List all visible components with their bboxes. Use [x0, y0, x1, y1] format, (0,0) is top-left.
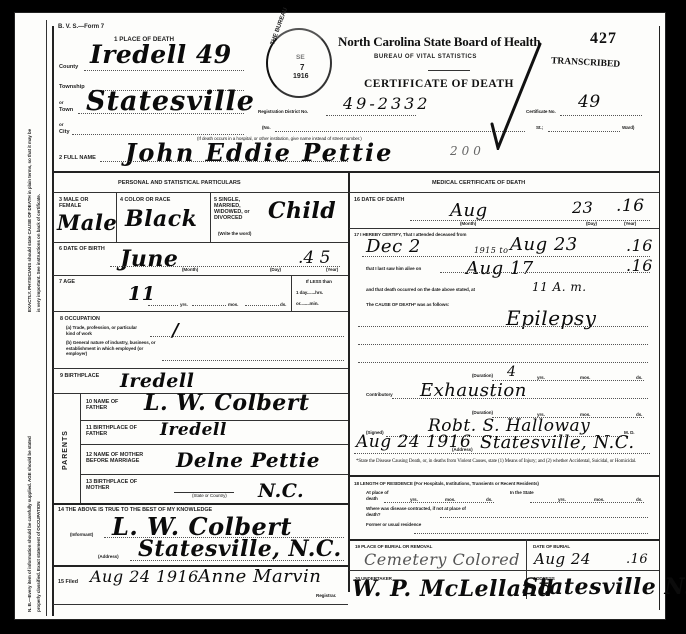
medical-address-label: (Address) — [452, 447, 473, 452]
residence-in-state: In the State — [510, 490, 534, 496]
or-label-1: or — [59, 100, 63, 105]
father-birthplace-label: 11 BIRTHPLACE OF FATHER — [86, 425, 146, 437]
city-underline — [72, 134, 244, 135]
former-residence-underline — [414, 533, 648, 534]
occupation-b-underline — [162, 360, 344, 361]
parents-bottom-divider — [53, 503, 348, 505]
burial-row-divider — [349, 570, 659, 571]
registration-district-value: 49-2332 — [343, 94, 430, 113]
burial-date-label: DATE OF BURIAL — [533, 544, 570, 549]
date-of-death-label: 16 DATE OF DEATH — [354, 197, 404, 203]
age-ds: ds. — [280, 302, 286, 307]
residence-state-mos: mos. — [594, 497, 604, 502]
sex-label: 3 MALE OR FEMALE — [59, 197, 109, 209]
registration-underline — [326, 115, 416, 116]
last-saw-underline — [440, 272, 650, 273]
county-value: Iredell 49 — [90, 40, 232, 69]
registrar-value: Anne Marvin — [198, 566, 321, 587]
filed-label: 15 Filed — [58, 579, 78, 585]
mother-birthplace-value: N.C. — [258, 480, 304, 502]
full-name-annotation: 200 — [450, 144, 485, 158]
race-label: 4 COLOR OR RACE — [120, 197, 170, 203]
medical-address-value: Statesville, N.C. — [480, 432, 635, 453]
row-divider-2 — [53, 275, 348, 276]
certificate-number-value: 49 — [578, 92, 601, 112]
medical-bottom-divider — [349, 475, 659, 477]
date-of-death-underline — [410, 220, 650, 221]
dob-day-caption: (Day) — [270, 267, 281, 272]
occupation-label: 8 OCCUPATION — [60, 316, 100, 322]
duration-value: 4 — [507, 364, 516, 380]
registration-district-label: Registration District No. — [258, 109, 308, 114]
burial-place-label: 19 PLACE OF BURIAL OR REMOVAL — [355, 544, 432, 549]
attended-from-value: Dec 2 — [366, 236, 421, 257]
contributory-label: Contributory — [366, 392, 393, 397]
burial-date-year: .16 — [626, 552, 648, 567]
cause-of-death-label: The CAUSE OF DEATH* was as follows: — [366, 302, 449, 307]
strike-line — [174, 492, 234, 493]
full-name-underline — [100, 161, 348, 162]
dob-year-value: .19054 5 — [298, 248, 330, 268]
father-birthplace-value: Iredell — [160, 420, 227, 440]
death-time-text: and that death occurred on the date abov… — [366, 287, 475, 292]
bureau-title: BUREAU OF VITAL STATISTICS — [374, 54, 477, 60]
death-year-caption: (Year) — [624, 221, 636, 226]
informant-address-label: (Address) — [98, 554, 119, 559]
race-value: Black — [125, 206, 197, 232]
town-label: Town — [59, 107, 73, 113]
marital-value: Child — [268, 198, 336, 224]
stamp-month: SE — [296, 54, 305, 61]
attended-to-value: Aug 23 — [510, 234, 578, 255]
less-day: 1 day.......hrs. — [296, 290, 323, 295]
medical-row-divider-1 — [349, 228, 659, 229]
age-label: 7 AGE — [59, 279, 75, 285]
state-or-country-caption: (State or Country) — [192, 493, 227, 498]
race-marital-divider — [210, 192, 211, 242]
medical-title-divider — [349, 192, 659, 193]
death-day-value: 23 — [572, 198, 593, 217]
medical-section-title: MEDICAL CERTIFICATE OF DEATH — [432, 180, 525, 186]
filed-date-value: Aug 24 1916 — [90, 567, 199, 586]
form-left-border — [52, 26, 54, 616]
birthplace-value: Iredell — [120, 370, 194, 392]
birthplace-label: 9 BIRTHPLACE — [60, 373, 99, 379]
age-value: 11 — [128, 283, 155, 305]
death-day-caption: (Day) — [586, 221, 597, 226]
residence-state-yrs: yrs. — [558, 497, 566, 502]
age-days-underline — [245, 305, 279, 306]
cause-line-1 — [358, 326, 648, 327]
father-name-label: 10 NAME OF FATHER — [86, 399, 134, 411]
title-rule — [428, 70, 470, 71]
certificate-underline — [560, 115, 642, 116]
last-saw-value: Aug 17 — [466, 258, 534, 279]
former-residence-label: Former or usual residence — [366, 522, 426, 528]
where-contracted-label: Where was disease contracted, if not at … — [366, 506, 466, 517]
age-mos: mos. — [228, 302, 238, 307]
occupation-a-underline — [150, 336, 344, 337]
death-time-value: 11 A. m. — [532, 280, 587, 294]
occupation-value: / — [172, 320, 179, 341]
full-name-label: 2 FULL NAME — [59, 155, 96, 161]
parents-label: PARENTS — [62, 430, 69, 470]
death-month-value: Aug — [450, 200, 488, 221]
death-month-caption: (Month) — [460, 221, 476, 226]
residence-place-underline — [384, 502, 494, 503]
checkmark-annotation — [480, 40, 550, 150]
duration-label-1: (Duration) — [472, 373, 493, 378]
street-no-label: (No. — [262, 125, 271, 130]
margin-instruction-line-2: is very important. See instructions on b… — [36, 194, 41, 312]
dob-month-value: June — [120, 246, 178, 272]
stamp-day: 7 — [300, 63, 304, 72]
row-divider-7 — [80, 444, 348, 445]
registrar-label: Registrar. — [316, 593, 336, 598]
attended-to-year: .16 — [626, 236, 653, 255]
personal-section-title: PERSONAL AND STATISTICAL PARTICULARS — [118, 180, 241, 186]
occupation-b-label: (b) General nature of industry, business… — [66, 340, 162, 357]
father-name-value: L. W. Colbert — [144, 390, 310, 416]
form-id: B. V. S.—Form 7 — [58, 24, 104, 30]
mother-name-value: Delne Pettie — [176, 448, 320, 472]
county-label: County — [59, 64, 78, 70]
mother-name-label: 12 NAME OF MOTHER BEFORE MARRIAGE — [86, 452, 166, 464]
residence-at-place: At place of death — [366, 490, 396, 501]
residence-label: 18 LENGTH OF RESIDENCE (For Hospitals, I… — [354, 481, 539, 486]
attended-underline — [362, 256, 650, 257]
less-than-label: If LESS than — [306, 279, 332, 284]
bottom-border-left — [53, 604, 348, 605]
row-divider-3 — [53, 311, 348, 312]
dob-label: 6 DATE OF BIRTH — [59, 246, 105, 252]
marital-label: 5 SINGLE, MARRIED, WIDOWED, or DIVORCED — [214, 197, 264, 221]
township-label: Township — [59, 84, 85, 90]
occupation-a-label: (a) Trade, profession, or particular kin… — [66, 325, 146, 336]
mother-birthplace-label: 13 BIRTHPLACE OF MOTHER — [86, 479, 146, 491]
margin-instruction-line-4: properly classified. Exact statement of … — [36, 502, 41, 612]
age-years-underline — [148, 305, 178, 306]
sex-race-divider — [116, 192, 117, 242]
death-year-value: .16 — [616, 196, 645, 216]
personal-title-divider — [53, 192, 348, 193]
street-underline-2 — [548, 131, 620, 132]
cause-line-2 — [358, 344, 648, 345]
last-saw-text: that I last saw him alive on — [366, 266, 421, 271]
attended-from-year: 1915 to — [474, 246, 508, 255]
full-name-value: John Eddie Pettie — [125, 138, 393, 167]
less-or-min: or........min. — [296, 301, 319, 306]
margin-instruction-line-3: N. B.—Every item of information should b… — [27, 436, 32, 612]
cause-footnote: *State the Disease Causing Death, or, in… — [356, 459, 652, 465]
margin-border — [46, 20, 47, 616]
or-label-2: or — [59, 122, 63, 127]
sex-value: Male — [57, 210, 117, 235]
residence-ds: ds. — [486, 497, 492, 502]
row-divider-1 — [53, 242, 348, 243]
parents-bracket — [80, 393, 81, 505]
dob-year-caption: (Year) — [326, 267, 338, 272]
where-contracted-underline — [440, 517, 648, 518]
cause-line-3 — [358, 362, 648, 363]
margin-instruction-line-1: EXACTLY. PHYSICIANS should state CAUSE O… — [27, 129, 32, 312]
county-underline — [84, 70, 244, 71]
burial-date-value: Aug 24 — [534, 550, 591, 568]
age-yrs: yrs. — [180, 302, 188, 307]
stamp-year: 1916 — [293, 73, 309, 80]
burial-place-value: Cemetery Colored — [364, 550, 520, 569]
city-label: City — [59, 129, 70, 135]
residence-mos: mos. — [445, 497, 455, 502]
town-underline — [78, 113, 244, 114]
medical-address-underline — [354, 453, 650, 454]
file-number: 427 — [590, 30, 617, 48]
dob-month-caption: (Month) — [182, 267, 198, 272]
row-divider-4 — [53, 368, 348, 369]
informant-label: (Informant) — [70, 532, 93, 537]
informant-address-value: Statesville, N.C. — [138, 536, 342, 562]
informant-address-underline — [130, 560, 344, 561]
residence-bottom-divider — [349, 539, 659, 541]
name-row-divider — [53, 171, 659, 173]
residence-yrs: yrs. — [410, 497, 418, 502]
row-divider-8 — [80, 474, 348, 475]
marital-note: (Write the word) — [218, 231, 251, 236]
age-less-divider — [291, 275, 292, 311]
ward-label: Ward) — [622, 125, 634, 130]
contributory-underline — [392, 398, 648, 399]
age-months-underline — [192, 305, 226, 306]
residence-state-underline — [530, 502, 644, 503]
burial-address-value: Statesville N.C. — [522, 574, 686, 600]
column-divider — [348, 172, 350, 592]
duration-label-2: (Duration) — [472, 410, 493, 415]
form-right-border — [659, 26, 660, 610]
residence-state-ds: ds. — [636, 497, 642, 502]
